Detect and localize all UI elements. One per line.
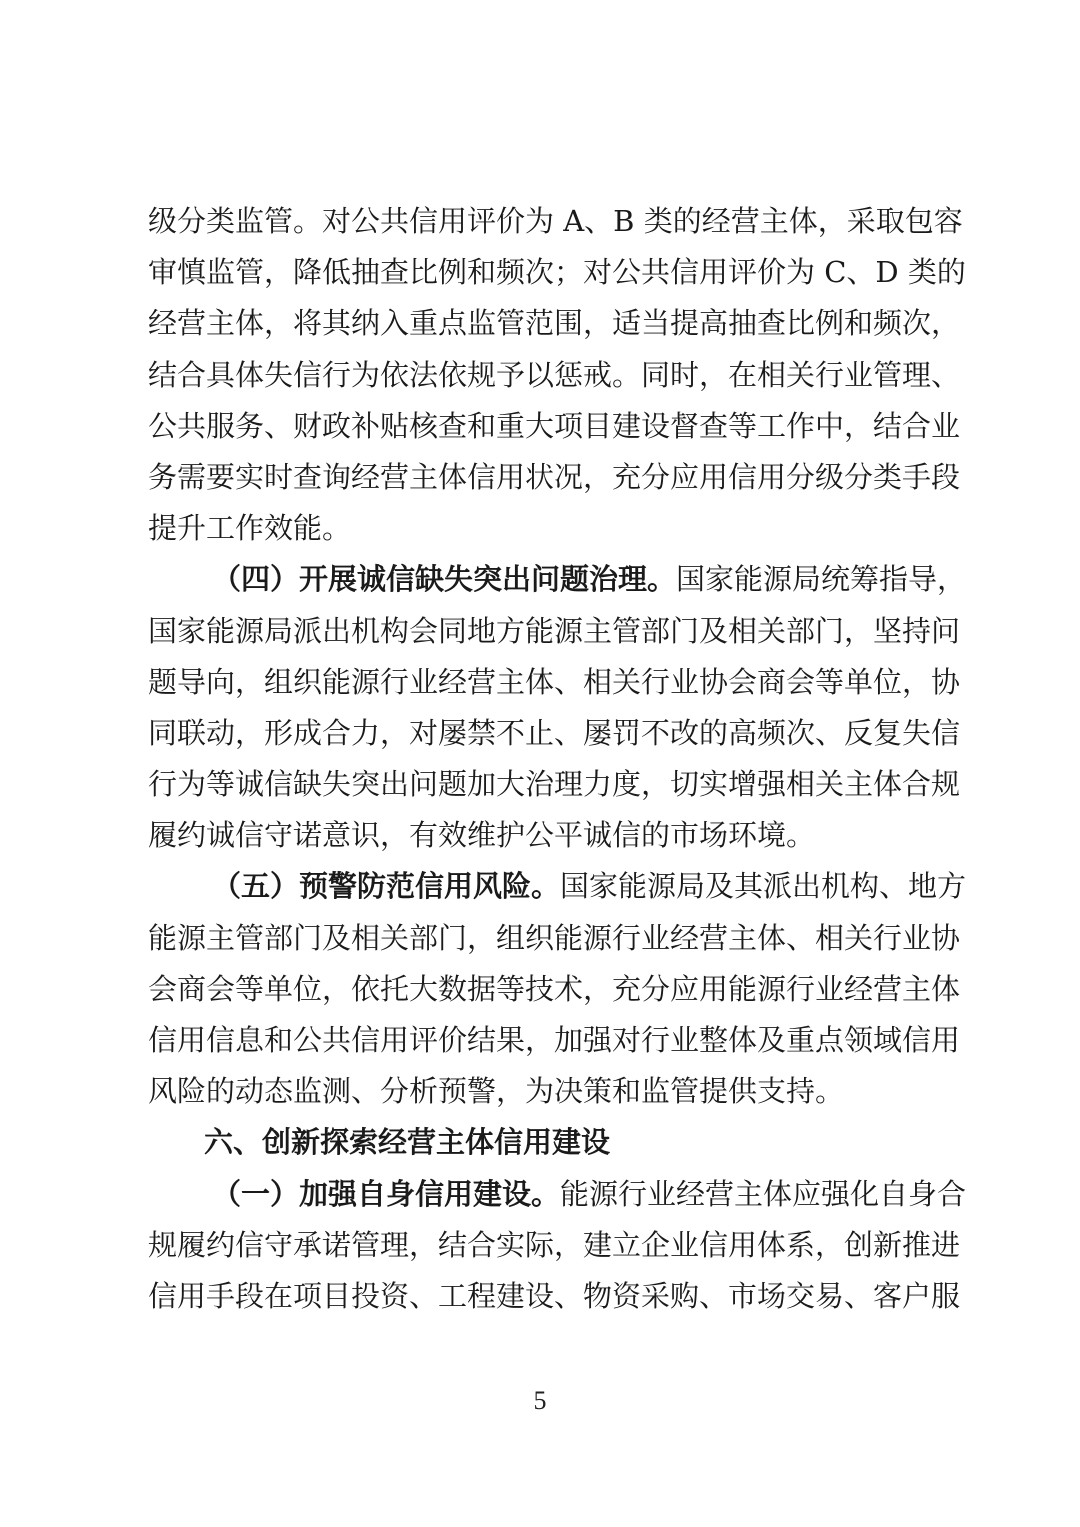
paragraph-line: 会商会等单位，依托大数据等技术，充分应用能源行业经营主体	[148, 964, 948, 1015]
paragraph-line: 审慎监管，降低抽查比例和频次；对公共信用评价为 C、D 类的	[148, 247, 948, 298]
paragraph-line: 级分类监管。对公共信用评价为 A、B 类的经营主体，采取包容	[148, 196, 948, 247]
paragraph-line: 能源主管部门及相关部门，组织能源行业经营主体、相关行业协	[148, 913, 948, 964]
section-5-first-rest: 国家能源局及其派出机构、地方	[560, 869, 966, 903]
section-6-1-lead: （一）加强自身信用建设。	[212, 1177, 560, 1211]
document-page: 级分类监管。对公共信用评价为 A、B 类的经营主体，采取包容 审慎监管，降低抽查…	[0, 0, 1080, 1527]
paragraph-line: 经营主体，将其纳入重点监管范围，适当提高抽查比例和频次，	[148, 298, 948, 349]
section-5-lead: （五）预警防范信用风险。	[212, 869, 560, 903]
section-4-first-rest: 国家能源局统筹指导，	[676, 562, 966, 596]
paragraph-line: 结合具体失信行为依法依规予以惩戒。同时，在相关行业管理、	[148, 350, 948, 401]
page-number: 5	[0, 1386, 1080, 1416]
paragraph-line: 提升工作效能。	[148, 503, 948, 554]
paragraph-line: 同联动，形成合力，对屡禁不止、屡罚不改的高频次、反复失信	[148, 708, 948, 759]
section-4-lead: （四）开展诚信缺失突出问题治理。	[212, 562, 676, 596]
paragraph-line: 风险的动态监测、分析预警，为决策和监管提供支持。	[148, 1066, 948, 1117]
paragraph-line: 题导向，组织能源行业经营主体、相关行业协会商会等单位，协	[148, 657, 948, 708]
paragraph-line: 行为等诚信缺失突出问题加大治理力度，切实增强相关主体合规	[148, 759, 948, 810]
section-4-first-line: （四）开展诚信缺失突出问题治理。国家能源局统筹指导，	[148, 554, 948, 605]
paragraph-line: 信用信息和公共信用评价结果，加强对行业整体及重点领域信用	[148, 1015, 948, 1066]
paragraph-line: 信用手段在项目投资、工程建设、物资采购、市场交易、客户服	[148, 1271, 948, 1322]
section-6-1-first-line: （一）加强自身信用建设。能源行业经营主体应强化自身合	[148, 1169, 948, 1220]
paragraph-line: 务需要实时查询经营主体信用状况，充分应用信用分级分类手段	[148, 452, 948, 503]
paragraph-line: 规履约信守承诺管理，结合实际，建立企业信用体系，创新推进	[148, 1220, 948, 1271]
section-6-1-first-rest: 能源行业经营主体应强化自身合	[560, 1177, 966, 1211]
paragraph-line: 国家能源局派出机构会同地方能源主管部门及相关部门，坚持问	[148, 606, 948, 657]
paragraph-line: 公共服务、财政补贴核查和重大项目建设督查等工作中，结合业	[148, 401, 948, 452]
document-body: 级分类监管。对公共信用评价为 A、B 类的经营主体，采取包容 审慎监管，降低抽查…	[148, 196, 948, 1322]
section-heading-6: 六、创新探索经营主体信用建设	[148, 1117, 948, 1168]
paragraph-line: 履约诚信守诺意识，有效维护公平诚信的市场环境。	[148, 810, 948, 861]
section-5-first-line: （五）预警防范信用风险。国家能源局及其派出机构、地方	[148, 861, 948, 912]
